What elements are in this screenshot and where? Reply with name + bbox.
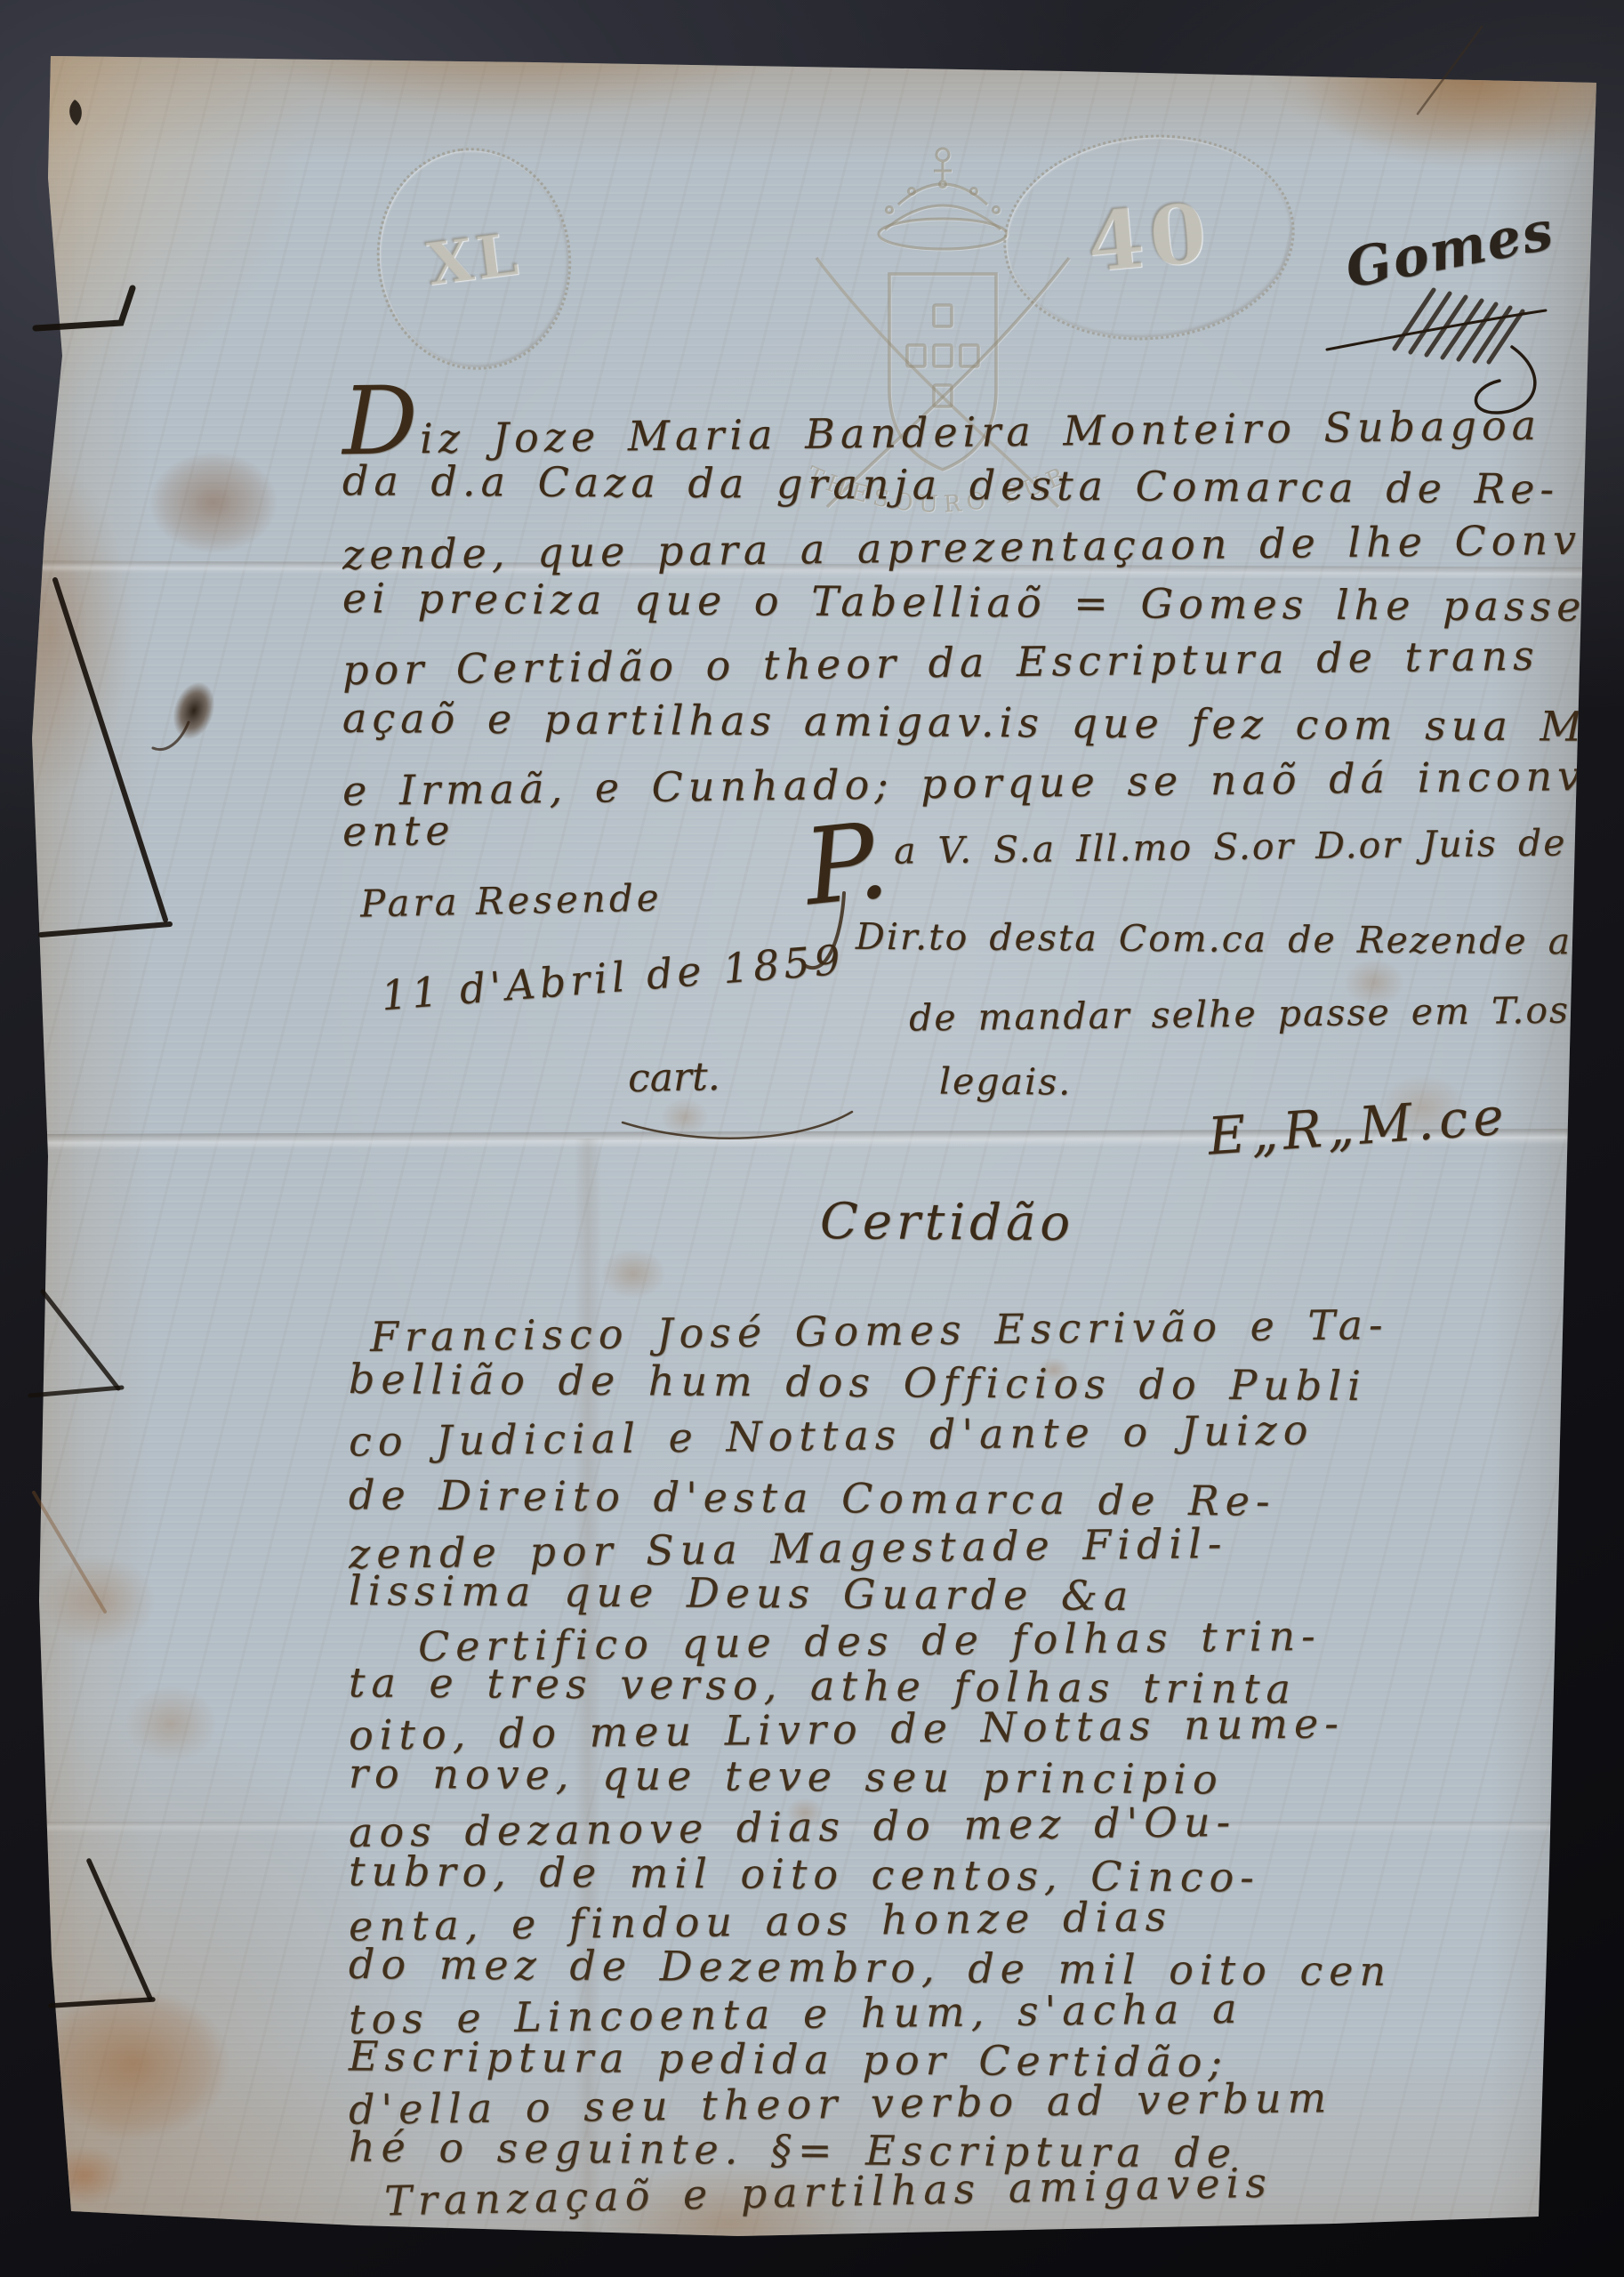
certificate-line: Certifico que des de folhas trin- [418,1612,1322,1670]
petition-line: e Irmaã, e Cunhado; porque se naõ dá inc… [342,751,1624,815]
photo-background: XL T [0,0,1624,2277]
petition-line: açaõ e partilhas amigav.is que fez com s… [342,694,1624,751]
invocation-line: legais. [939,1059,1073,1103]
fold-crease [0,1129,1624,1150]
embossed-stamp-40: 40 [995,123,1304,352]
dateline-note: cart. [627,1054,720,1101]
gomes-signature: Gomes [1340,199,1559,301]
petition-line: da d.a Caza da granja desta Comarca de R… [342,456,1559,513]
certificate-line: tos e Lincoenta e hum, s'acha a [349,1984,1243,2043]
fold-crease [0,1822,1624,1832]
certificate-line: zende por Sua Magestade Fidil- [349,1519,1228,1578]
embossed-coat-of-arms-stamp: THESOURO PUBLICO [756,96,1130,532]
certificate-line: oito, do meu Livro de Nottas nume- [349,1699,1345,1759]
certificate-line: co Judicial e Nottas d'ante o Juizo [349,1405,1314,1465]
certificate-heading: Certidão [820,1193,1075,1252]
petition-line: Diz Joze Maria Bandeira Monteiro Subagoa [342,374,1542,463]
certificate-line: de Direito d'esta Comarca de Re- [349,1470,1276,1525]
certificate-line: Tranzaçaõ e partilhas amigaveis [384,2159,1274,2225]
certificate-line: d'ella o seu theor verbo ad verbum [349,2073,1333,2134]
certificate-line: aos dezanove dias do mez d'Ou- [349,1798,1237,1856]
stamp-xl-value: XL [423,219,525,299]
invocation-line: de mandar selhe passe em T.os [909,988,1571,1039]
shield-icon [816,258,1069,507]
crown-icon [879,149,1007,249]
embossed-stamp-xl: XL [365,137,584,382]
certificate-line: bellião de hum dos Officios do Publi [349,1355,1367,1410]
petition-line: ente [342,806,455,856]
certificate-line: ta e tres verso, athe folhas trinta [349,1658,1297,1712]
dateline-date: 11 d'Abril de 1859 [380,936,847,1020]
document-paper: XL T [0,0,1624,2277]
certificate-line: Escriptura pedida por Certidão; [349,2032,1228,2087]
certificate-line: ro nove, que teve seu principio [349,1750,1224,1804]
stamp-motto: THESOURO PUBLICO [756,96,1074,519]
certificate-line: Francisco José Gomes Escrivão e Ta- [370,1300,1389,1361]
ink-blot [166,677,221,744]
certificate-line: hé o seguinte. §= Escriptura de [349,2123,1237,2177]
certificate-line: enta, e findou aos honze dias [349,1892,1173,1950]
petition-line: zende, que para a aprezentaçaon de lhe C… [342,515,1612,578]
certificate-line: tubro, de mil oito centos, Cinco- [349,1847,1260,1901]
fold-crease [0,560,1624,580]
invocation-line: a V. S.a Ill.mo S.or D.or Juis de [894,821,1567,872]
invocation-initial: P. [799,799,894,929]
petition-line: ei preciza que o Tabelliaõ = Gomes lhe p… [342,574,1587,631]
dateline-place: Para Resende [360,875,663,925]
stamp-40-value: 40 [1083,184,1216,291]
invocation-line: Dir.to desta Com.ca de Rezende agraça [856,915,1624,964]
invocation-closing: E„R„M.ce [1206,1085,1511,1166]
petition-line: por Certidão o theor da Escriptura de tr… [342,632,1540,694]
fold-crease [575,1138,601,2241]
paper-stains [0,0,1624,2277]
certificate-line: do mez de Dezembro, de mil oito cen [349,1940,1392,1995]
certificate-line: lissima que Deus Guarde &a [349,1566,1135,1620]
